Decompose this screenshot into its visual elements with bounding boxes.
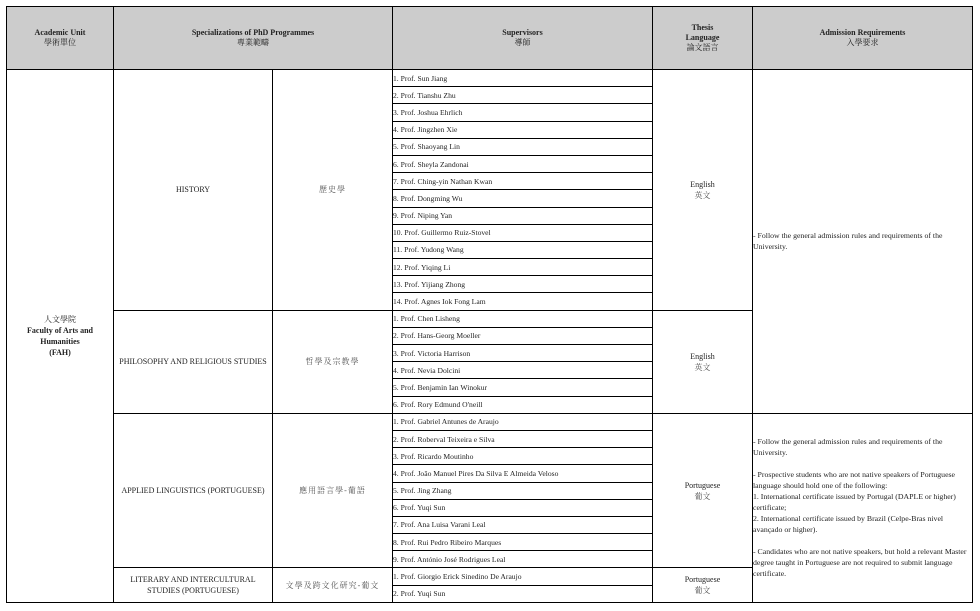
- supervisor-cell: 4. Prof. Jingzhen Xie: [393, 121, 653, 138]
- thesis-language-zh: 英文: [653, 362, 752, 373]
- phd-programmes-table: Academic Unit 學術單位 Specializations of Ph…: [6, 6, 973, 603]
- supervisor-cell: 14. Prof. Agnes Iok Fong Lam: [393, 293, 653, 310]
- supervisor-cell: 5. Prof. Jing Zhang: [393, 482, 653, 499]
- table-row: APPLIED LINGUISTICS (PORTUGUESE)應用語言學-葡語…: [7, 413, 973, 430]
- academic-unit-cell: 人文學院Faculty of Arts and Humanities(FAH): [7, 70, 114, 603]
- supervisor-cell: 7. Prof. Ching-yin Nathan Kwan: [393, 173, 653, 190]
- unit-abbr: (FAH): [7, 347, 113, 358]
- thesis-language-zh: 葡文: [653, 491, 752, 502]
- thesis-language-en: English: [653, 179, 752, 190]
- requirement-paragraph: - Prospective students who are not nativ…: [753, 469, 972, 535]
- supervisor-cell: 1. Prof. Chen Lisheng: [393, 310, 653, 327]
- supervisor-cell: 1. Prof. Sun Jiang: [393, 70, 653, 87]
- unit-name-zh: 人文學院: [7, 314, 113, 325]
- header-thesis-language: Thesis Language 論文語言: [653, 7, 753, 70]
- supervisor-cell: 4. Prof. João Manuel Pires Da Silva E Al…: [393, 465, 653, 482]
- thesis-language-en: English: [653, 351, 752, 362]
- header-specializations: Specializations of PhD Programmes 專業範疇: [114, 7, 393, 70]
- header-supervisors: Supervisors 導師: [393, 7, 653, 70]
- admission-requirements-cell: - Follow the general admission rules and…: [753, 413, 973, 602]
- supervisor-cell: 5. Prof. Shaoyang Lin: [393, 138, 653, 155]
- thesis-language-en: Portuguese: [653, 480, 752, 491]
- table-body: 人文學院Faculty of Arts and Humanities(FAH)H…: [7, 70, 973, 603]
- specialization-name-zh: 文學及跨文化研究-葡文: [273, 568, 393, 602]
- thesis-language-zh: 葡文: [653, 585, 752, 596]
- thesis-language-en: Portuguese: [653, 574, 752, 585]
- supervisor-cell: 2. Prof. Yuqi Sun: [393, 585, 653, 602]
- supervisor-cell: 12. Prof. Yiqing Li: [393, 259, 653, 276]
- supervisor-cell: 4. Prof. Nevia Dolcini: [393, 362, 653, 379]
- supervisor-cell: 3. Prof. Ricardo Moutinho: [393, 448, 653, 465]
- programme-table-container: Academic Unit 學術單位 Specializations of Ph…: [6, 6, 973, 603]
- specialization-name-en: LITERARY AND INTERCULTURAL STUDIES (PORT…: [114, 568, 273, 602]
- supervisor-cell: 7. Prof. Ana Luisa Varani Leal: [393, 516, 653, 533]
- supervisor-cell: 1. Prof. Giorgio Erick Sinedino De Arauj…: [393, 568, 653, 585]
- thesis-language-cell: English英文: [653, 310, 753, 413]
- supervisor-cell: 9. Prof. António José Rodrigues Leal: [393, 551, 653, 568]
- table-header-row: Academic Unit 學術單位 Specializations of Ph…: [7, 7, 973, 70]
- requirement-paragraph: - Follow the general admission rules and…: [753, 230, 972, 252]
- supervisor-cell: 8. Prof. Rui Pedro Ribeiro Marques: [393, 534, 653, 551]
- specialization-name-en: APPLIED LINGUISTICS (PORTUGUESE): [114, 413, 273, 568]
- supervisor-cell: 9. Prof. Niping Yan: [393, 207, 653, 224]
- supervisor-cell: 13. Prof. Yijiang Zhong: [393, 276, 653, 293]
- supervisor-cell: 5. Prof. Benjamin Ian Winokur: [393, 379, 653, 396]
- specialization-name-en: HISTORY: [114, 70, 273, 311]
- supervisor-cell: 11. Prof. Yudong Wang: [393, 241, 653, 258]
- specialization-name-en: PHILOSOPHY AND RELIGIOUS STUDIES: [114, 310, 273, 413]
- supervisor-cell: 2. Prof. Hans-Georg Moeller: [393, 327, 653, 344]
- unit-name-en: Faculty of Arts and Humanities: [7, 325, 113, 347]
- specialization-name-zh: 歷史學: [273, 70, 393, 311]
- supervisor-cell: 1. Prof. Gabriel Antunes de Araujo: [393, 413, 653, 430]
- requirement-paragraph: - Candidates who are not native speakers…: [753, 546, 972, 579]
- supervisor-cell: 2. Prof. Roberval Teixeira e Silva: [393, 430, 653, 447]
- specialization-name-zh: 應用語言學-葡語: [273, 413, 393, 568]
- supervisor-cell: 3. Prof. Victoria Harrison: [393, 345, 653, 362]
- specialization-name-zh: 哲學及宗教學: [273, 310, 393, 413]
- requirement-paragraph: - Follow the general admission rules and…: [753, 436, 972, 458]
- supervisor-cell: 6. Prof. Sheyla Zandonai: [393, 155, 653, 172]
- admission-requirements-cell: - Follow the general admission rules and…: [753, 70, 973, 414]
- supervisor-cell: 3. Prof. Joshua Ehrlich: [393, 104, 653, 121]
- supervisor-cell: 8. Prof. Dongming Wu: [393, 190, 653, 207]
- table-row: 人文學院Faculty of Arts and Humanities(FAH)H…: [7, 70, 973, 87]
- supervisor-cell: 10. Prof. Guillermo Ruiz-Stovel: [393, 224, 653, 241]
- header-academic-unit: Academic Unit 學術單位: [7, 7, 114, 70]
- thesis-language-zh: 英文: [653, 190, 752, 201]
- supervisor-cell: 2. Prof. Tianshu Zhu: [393, 87, 653, 104]
- thesis-language-cell: Portuguese葡文: [653, 568, 753, 602]
- thesis-language-cell: Portuguese葡文: [653, 413, 753, 568]
- supervisor-cell: 6. Prof. Yuqi Sun: [393, 499, 653, 516]
- header-admission-requirements: Admission Requirements 入學要求: [753, 7, 973, 70]
- supervisor-cell: 6. Prof. Rory Edmund O'neill: [393, 396, 653, 413]
- thesis-language-cell: English英文: [653, 70, 753, 311]
